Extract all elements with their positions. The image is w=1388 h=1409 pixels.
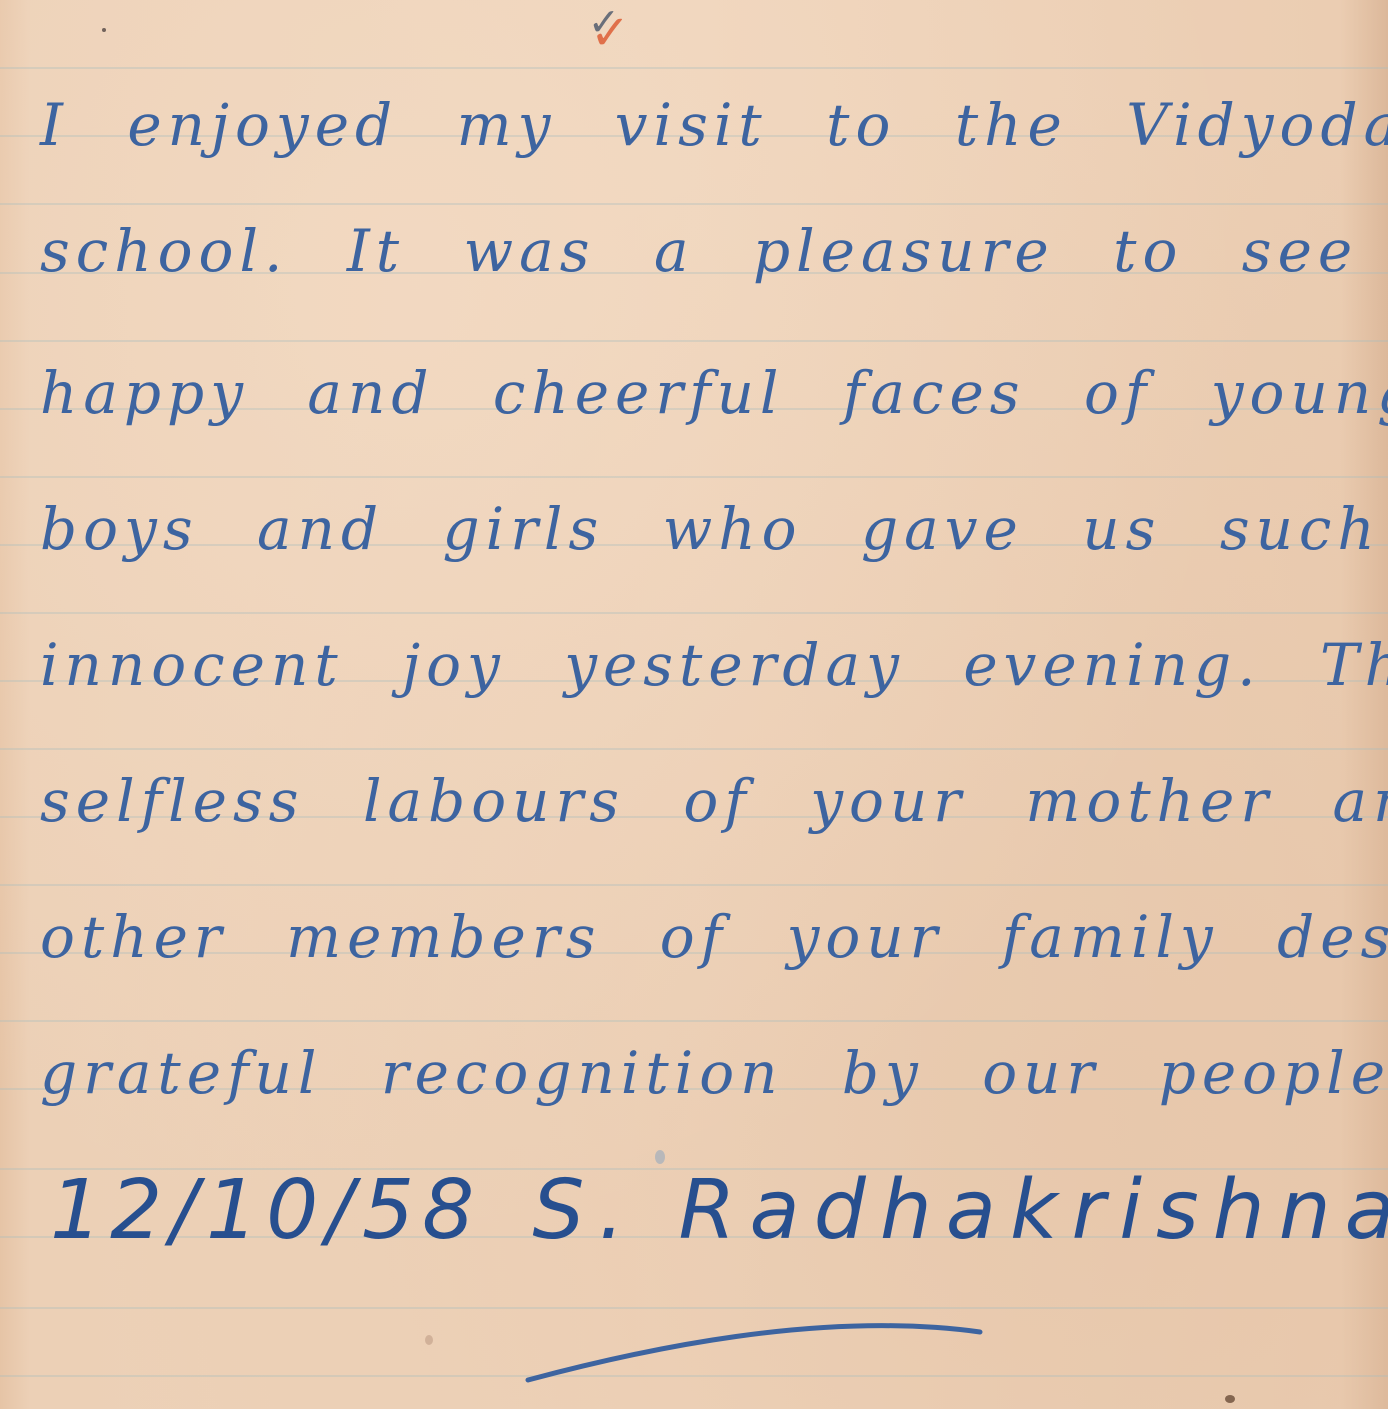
signature-date: 12/10/58 xyxy=(50,1170,482,1252)
letter-line-5: innocent joy yesterday evening. The xyxy=(40,636,1360,694)
paper-spot xyxy=(102,28,106,32)
letter-line-6: selfless labours of your mother and the xyxy=(40,772,1360,830)
signature-name: S. Radhakrishnan xyxy=(532,1170,1388,1252)
letter-line-4: boys and girls who gave us such xyxy=(40,500,1360,558)
ruled-line xyxy=(0,1020,1388,1022)
letter-line-7-text: other members of your family deserve xyxy=(40,903,1388,971)
letter-page: ✓ ✓ I enjoyed my visit to the Vidyodaya … xyxy=(0,0,1388,1409)
ruled-line xyxy=(0,340,1388,342)
paper-spot xyxy=(425,1335,433,1345)
ruled-line xyxy=(0,884,1388,886)
paper-spot xyxy=(655,1150,665,1164)
ruled-line xyxy=(0,1307,1388,1309)
ruled-line xyxy=(0,67,1388,69)
ruled-line xyxy=(0,203,1388,205)
red-check-mark-icon: ✓ xyxy=(590,5,630,61)
ruled-line xyxy=(0,476,1388,478)
signature-underline-flourish xyxy=(520,1310,1000,1390)
ruled-line xyxy=(0,612,1388,614)
letter-line-1: I enjoyed my visit to the Vidyodaya xyxy=(40,96,1360,154)
ruled-line xyxy=(0,748,1388,750)
signature-block: 12/10/58 S. Radhakrishnan xyxy=(50,1170,1370,1252)
letter-line-2: school. It was a pleasure to see the xyxy=(40,222,1360,280)
letter-line-7: other members of your family deserve the xyxy=(40,908,1360,966)
paper-spot xyxy=(1225,1395,1235,1403)
letter-line-8: grateful recognition by our people. xyxy=(40,1044,1360,1102)
letter-line-3: happy and cheerful faces of young xyxy=(40,364,1360,422)
